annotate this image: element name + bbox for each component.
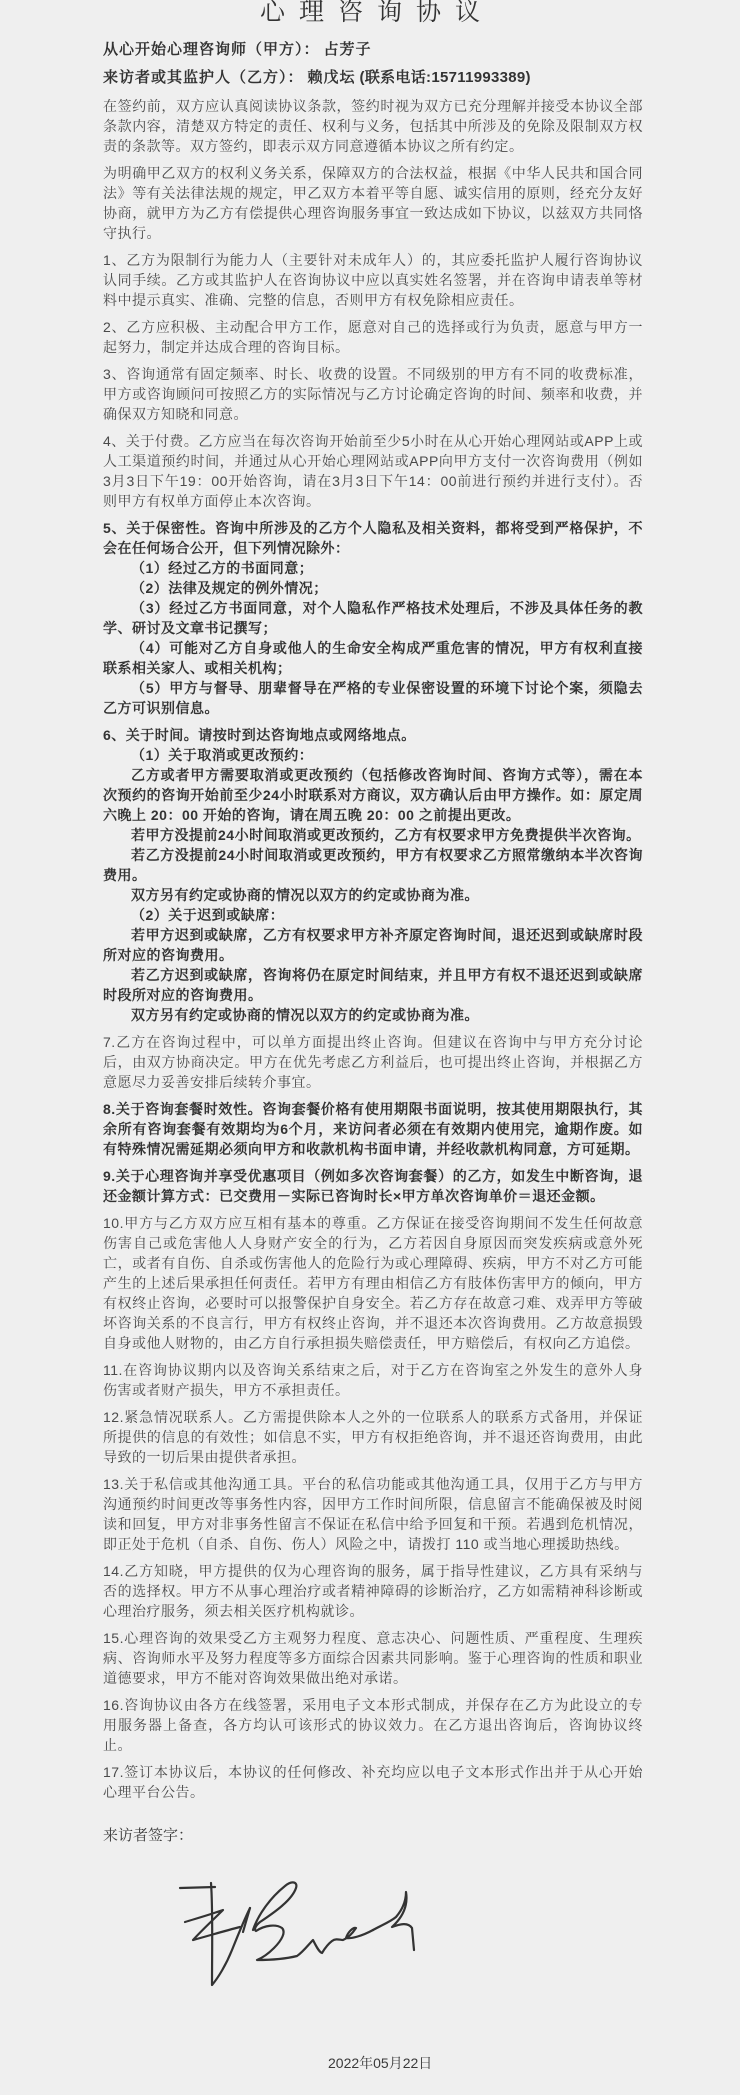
party-b-row: 来访者或其监护人（乙方）：赖戊坛(联系电话:15711993389) xyxy=(103,64,740,92)
party-a-name: 占芳子 xyxy=(324,41,372,58)
handwritten-signature xyxy=(170,1870,430,1990)
clause-14: 14.乙方知晓，甲方提供的仅为心理咨询的服务，属于指导性建议，乙方具有采纳与否的… xyxy=(103,1561,643,1621)
clause-6-subheading-1: （1）关于取消或更改预约： xyxy=(103,745,643,765)
clause-7: 7.乙方在咨询过程中，可以单方面提出终止咨询。但建议在咨询中与甲方充分讨论后，由… xyxy=(103,1032,643,1092)
party-b-label: 来访者或其监护人（乙方）： xyxy=(103,69,304,86)
clause-5-heading: 5、关于保密性。咨询中所涉及的乙方个人隐私及相关资料，都将受到严格保护，不会在任… xyxy=(103,518,643,558)
clause-5-item-3: （3）经过乙方书面同意，对个人隐私作严格技术处理后，不涉及具体任务的教学、研讨及… xyxy=(103,598,643,638)
clause-16: 16.咨询协议由各方在线签署，采用电子文本形式制成，并保存在乙方为此设立的专用服… xyxy=(103,1695,643,1755)
clause-6-paragraph: 若乙方没提前24小时间取消或更改预约，甲方有权要求乙方照常缴纳本半次咨询费用。 xyxy=(103,845,643,885)
clause-1: 1、乙方为限制行为能力人（主要针对未成年人）的，其应委托监护人履行咨询协议认同手… xyxy=(103,250,643,310)
clause-6-paragraph: 若甲方迟到或缺席，乙方有权要求甲方补齐原定咨询时间，退还迟到或缺席时段所对应的咨… xyxy=(103,925,643,965)
clause-3: 3、咨询通常有固定频率、时长、收费的设置。不同级别的甲方有不同的收费标准，甲方或… xyxy=(103,364,643,424)
clause-9: 9.关于心理咨询并享受优惠项目（例如多次咨询套餐）的乙方，如发生中断咨询，退还金… xyxy=(103,1166,643,1206)
clause-5: 5、关于保密性。咨询中所涉及的乙方个人隐私及相关资料，都将受到严格保护，不会在任… xyxy=(103,518,643,718)
clause-17: 17.签订本协议后，本协议的任何修改、补充均应以电子文本形式作出并于从心开始心理… xyxy=(103,1762,643,1802)
clause-12: 12.紧急情况联系人。乙方需提供除本人之外的一位联系人的联系方式备用，并保证所提… xyxy=(103,1407,643,1467)
clause-5-item-4: （4）可能对乙方自身或他人的生命安全构成严重危害的情况，甲方有权利直接联系相关家… xyxy=(103,638,643,678)
clause-5-item-5: （5）甲方与督导、朋辈督导在严格的专业保密设置的环境下讨论个案，须隐去乙方可识别… xyxy=(103,678,643,718)
clause-8: 8.关于咨询套餐时效性。咨询套餐价格有使用期限书面说明，按其使用期限执行，其余所… xyxy=(103,1099,643,1159)
party-b-contact: (联系电话:15711993389) xyxy=(360,69,531,86)
clause-6-paragraph: 双方另有约定或协商的情况以双方的约定或协商为准。 xyxy=(103,885,643,905)
party-a-row: 从心开始心理咨询师（甲方）：占芳子 xyxy=(103,36,740,64)
preamble-paragraph-1: 在签约前，双方应认真阅读协议条款，签约时视为双方已充分理解并接受本协议全部条款内… xyxy=(103,96,643,156)
agreement-page: 心理咨询协议 从心开始心理咨询师（甲方）：占芳子 来访者或其监护人（乙方）：赖戊… xyxy=(0,0,740,2095)
clause-6-paragraph: 若甲方没提前24小时间取消或更改预约，乙方有权要求甲方免费提供半次咨询。 xyxy=(103,825,643,845)
clause-6: 6、关于时间。请按时到达咨询地点或网络地点。 （1）关于取消或更改预约： 乙方或… xyxy=(103,725,643,1025)
party-b-name: 赖戊坛 xyxy=(308,69,356,86)
clause-5-item-2: （2）法律及规定的例外情况； xyxy=(103,578,643,598)
signature-label: 来访者签字： xyxy=(103,1826,740,1846)
clause-13: 13.关于私信或其他沟通工具。平台的私信功能或其他沟通工具，仅用于乙方与甲方沟通… xyxy=(103,1474,643,1554)
clause-6-paragraph: 双方另有约定或协商的情况以双方的约定或协商为准。 xyxy=(103,1005,643,1025)
clause-6-subheading-2: （2）关于迟到或缺席： xyxy=(103,905,643,925)
agreement-body: 在签约前，双方应认真阅读协议条款，签约时视为双方已充分理解并接受本协议全部条款内… xyxy=(103,96,643,1802)
clause-15: 15.心理咨询的效果受乙方主观努力程度、意志决心、问题性质、严重程度、生理疾病、… xyxy=(103,1628,643,1688)
clause-6-paragraph: 乙方或者甲方需要取消或更改预约（包括修改咨询时间、咨询方式等），需在本次预约的咨… xyxy=(103,765,643,825)
clause-2: 2、乙方应积极、主动配合甲方工作，愿意对自己的选择或行为负责，愿意与甲方一起努力… xyxy=(103,317,643,357)
clause-11: 11.在咨询协议期内以及咨询关系结束之后，对于乙方在咨询室之外发生的意外人身伤害… xyxy=(103,1360,643,1400)
clause-6-paragraph: 若乙方迟到或缺席，咨询将仍在原定时间结束，并且甲方有权不退还迟到或缺席时段所对应… xyxy=(103,965,643,1005)
clause-10: 10.甲方与乙方双方应互相有基本的尊重。乙方保证在接受咨询期间不发生任何故意伤害… xyxy=(103,1213,643,1353)
clause-6-heading: 6、关于时间。请按时到达咨询地点或网络地点。 xyxy=(103,725,643,745)
clause-5-item-1: （1）经过乙方的书面同意； xyxy=(103,558,643,578)
page-title: 心理咨询协议 xyxy=(0,0,740,25)
preamble-paragraph-2: 为明确甲乙双方的权利义务关系，保障双方的合法权益，根据《中华人民共和国合同法》等… xyxy=(103,163,643,243)
signing-date: 2022年05月22日 xyxy=(328,2053,740,2073)
party-a-label: 从心开始心理咨询师（甲方）： xyxy=(103,41,320,58)
clause-4: 4、关于付费。乙方应当在每次咨询开始前至少5小时在从心开始心理网站或APP上或人… xyxy=(103,431,643,511)
parties-header: 从心开始心理咨询师（甲方）：占芳子 来访者或其监护人（乙方）：赖戊坛(联系电话:… xyxy=(103,36,740,92)
